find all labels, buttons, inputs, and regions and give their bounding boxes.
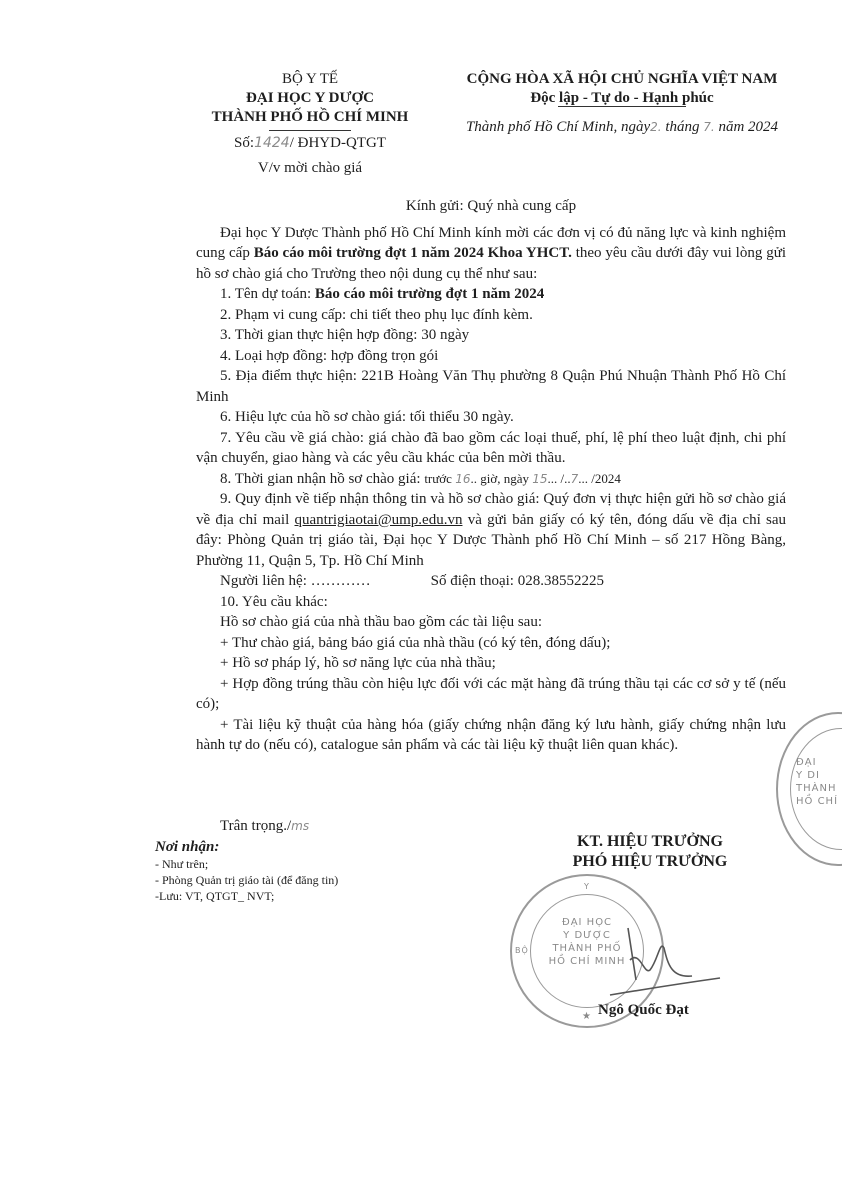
item-4: 4. Loại hợp đồng: hợp đồng trọn gói [196,346,786,367]
recipient-item: - Phòng Quản trị giáo tài (để đăng tin) [155,872,338,888]
doc-item: + Tài liệu kỹ thuật của hàng hóa (giấy c… [196,715,786,756]
ministry-name: BỘ Y TẾ [210,70,410,89]
email-link[interactable]: quantrigiaotai@ump.edu.vn [295,512,463,528]
signature-title: KT. HIỆU TRƯỞNG PHÓ HIỆU TRƯỞNG [530,832,770,872]
header-divider [269,130,351,131]
recipient-item: -Lưu: VT, QTGT_ NVT; [155,888,338,904]
phone-number: Số điện thoại: 028.38552225 [431,573,604,589]
handwritten-day: 2. [650,120,661,134]
initials-signature: ms [291,819,309,833]
signature-title-line1: KT. HIỆU TRƯỞNG [530,832,770,852]
recipient-item: - Như trên; [155,856,338,872]
signer-name: Ngô Quốc Đạt [598,1002,689,1019]
recipients-title: Nơi nhận: [155,838,338,856]
university-name-line2: THÀNH PHỐ HỒ CHÍ MINH [210,108,410,127]
handwritten-month: 7. [703,120,714,134]
doc-item: + Hồ sơ pháp lý, hồ sơ năng lực của nhà … [196,653,786,674]
closing-regards: Trân trọng./ms [196,818,309,835]
signature-title-line2: PHÓ HIỆU TRƯỞNG [530,852,770,872]
university-name-line1: ĐẠI HỌC Y DƯỢC [210,89,410,108]
recipients-block: Nơi nhận: - Như trên; - Phòng Quản trị g… [155,838,338,904]
item-8: 8. Thời gian nhận hồ sơ chào giá: trước … [196,469,786,490]
letter-body: Kính gửi: Quý nhà cung cấp Đại học Y Dượ… [196,196,786,756]
item-10: 10. Yêu cầu khác: [196,592,786,613]
project-name: Báo cáo môi trường đợt 1 năm 2024 Khoa Y… [254,245,572,261]
issuer-block: BỘ Y TẾ ĐẠI HỌC Y DƯỢC THÀNH PHỐ HỒ CHÍ … [210,70,410,178]
contact-person: Người liên hệ: ………… [220,573,371,589]
doc-item: + Thư chào giá, bảng báo giá của nhà thầ… [196,633,786,654]
document-number: Số:1424/ ĐHYD-QTGT [210,134,410,153]
contact-row: Người liên hệ: …………Số điện thoại: 028.38… [196,571,786,592]
handwritten-signature [600,920,730,1000]
handwritten-number: 1424 [254,135,290,151]
motto-underline [558,106,686,107]
salutation: Kính gửi: Quý nhà cung cấp [196,196,786,217]
docs-intro: Hồ sơ chào giá của nhà thầu bao gồm các … [196,612,786,633]
intro-paragraph: Đại học Y Dược Thành phố Hồ Chí Minh kín… [196,223,786,285]
doc-item: + Hợp đồng trúng thầu còn hiệu lực đối v… [196,674,786,715]
nation-title: CỘNG HÒA XÃ HỘI CHỦ NGHĨA VIỆT NAM [432,70,812,89]
nation-block: CỘNG HÒA XÃ HỘI CHỦ NGHĨA VIỆT NAM Độc l… [432,70,812,137]
document-subject: V/v mời chào giá [210,159,410,178]
item-2: 2. Phạm vi cung cấp: chi tiết theo phụ l… [196,305,786,326]
item-6: 6. Hiệu lực của hồ sơ chào giá: tối thiể… [196,407,786,428]
item-5: 5. Địa điểm thực hiện: 221B Hoàng Văn Th… [196,366,786,407]
number-prefix: Số: [234,135,254,151]
item-1: 1. Tên dự toán: Báo cáo môi trường đợt 1… [196,284,786,305]
handwritten-hour: 16 [455,472,470,486]
issue-date: Thành phố Hồ Chí Minh, ngày2. tháng 7. n… [432,118,812,137]
item-9: 9. Quy định về tiếp nhận thông tin và hồ… [196,489,786,571]
item-7: 7. Yêu cầu về giá chào: giá chào đã bao … [196,428,786,469]
handwritten-deadline-day: 15 [532,472,547,486]
item-3: 3. Thời gian thực hiện hợp đồng: 30 ngày [196,325,786,346]
number-suffix: / ĐHYD-QTGT [290,135,386,151]
